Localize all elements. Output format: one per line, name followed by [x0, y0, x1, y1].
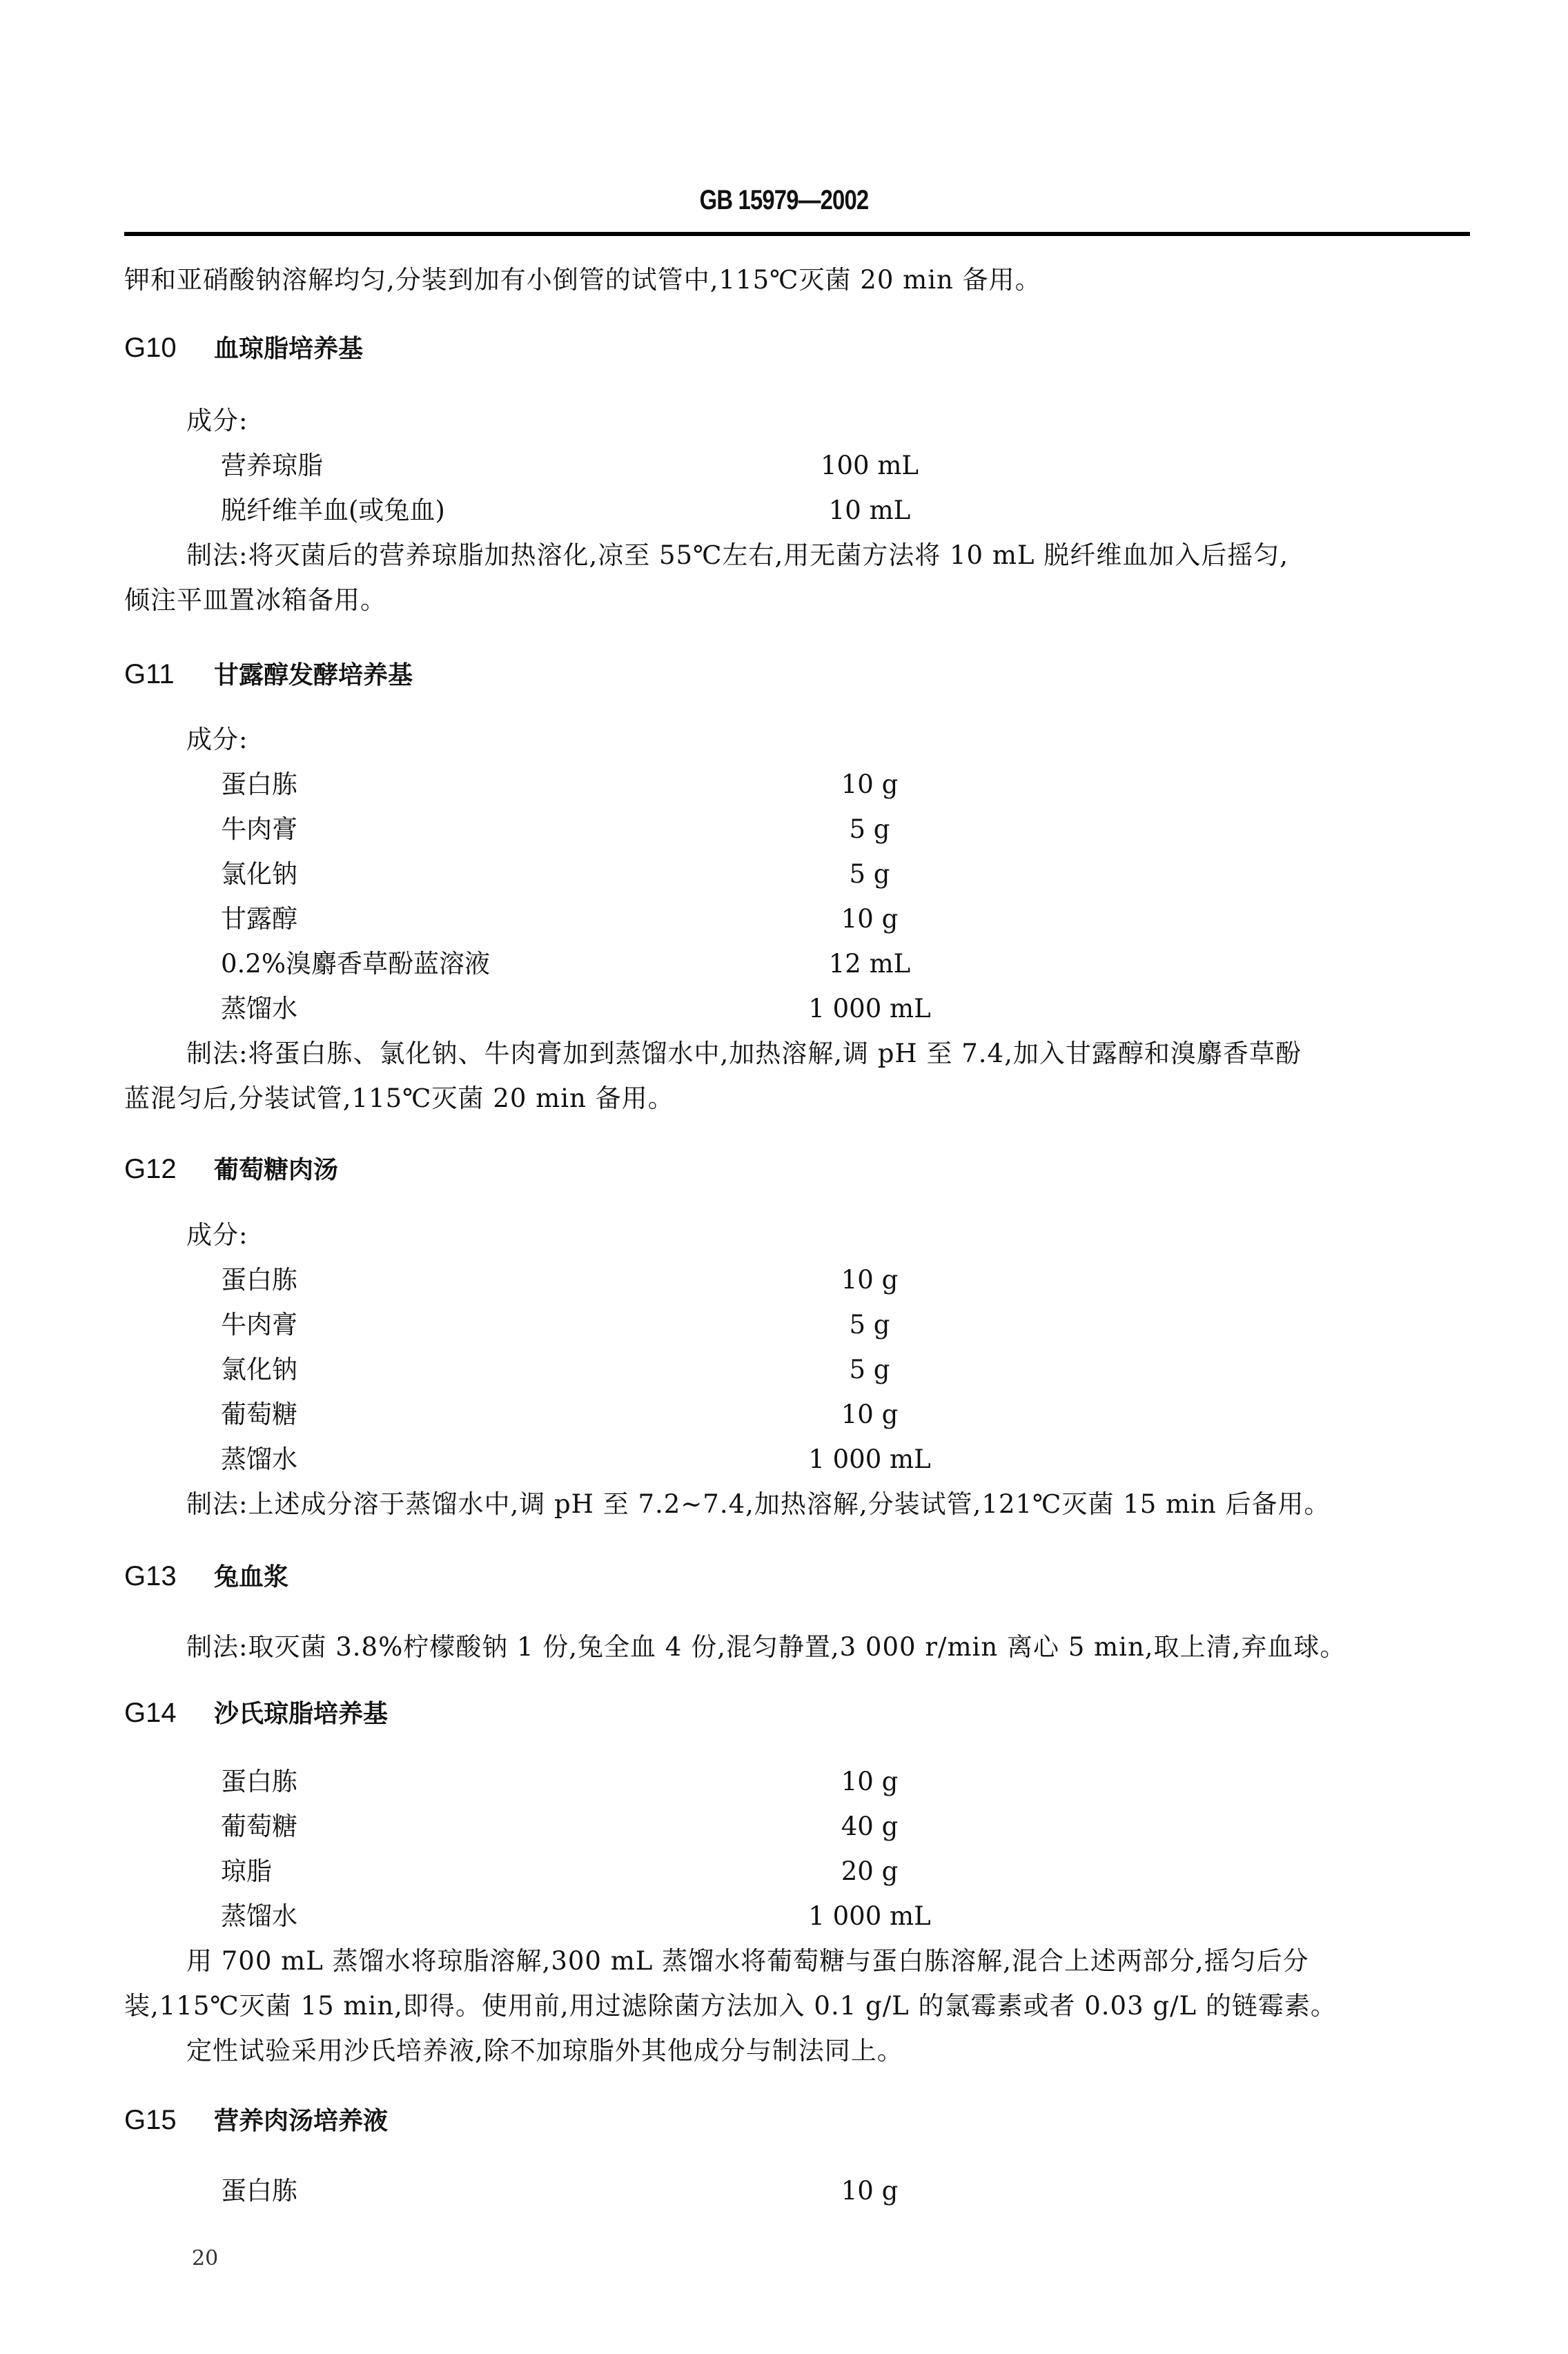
header-rule [124, 232, 1470, 236]
components-label: 成分: [186, 725, 1539, 755]
ingredient-qty: 1 000 mL [801, 994, 939, 1024]
ingredient-qty: 10 g [801, 1767, 939, 1797]
ingredient-qty: 10 g [801, 1265, 939, 1295]
ingredient-qty: 12 mL [801, 949, 939, 979]
ingredient-name: 蛋白胨 [221, 1265, 297, 1295]
ingredient-qty: 5 g [801, 1310, 939, 1340]
standard-code-header: GB 15979—2002 [141, 185, 1427, 216]
method-paragraph: 制法:将蛋白胨、氯化钠、牛肉膏加到蒸馏水中,加热溶解,调 pH 至 7.4,加入… [186, 1039, 1539, 1069]
ingredient-name: 脱纤维羊血(或兔血) [221, 496, 445, 526]
method-paragraph: 蓝混匀后,分装试管,115℃灭菌 20 min 备用。 [124, 1083, 1477, 1114]
section-title: 营养肉汤培养液 [214, 2107, 388, 2135]
ingredient-name: 营养琼脂 [221, 451, 323, 481]
section-code: G11 [124, 659, 214, 689]
section-code: G10 [124, 333, 214, 363]
ingredient-qty: 5 g [801, 859, 939, 890]
section-heading-g13: G13兔血浆 [124, 1561, 288, 1593]
ingredient-name: 蒸馏水 [221, 994, 297, 1024]
method-paragraph: 用 700 mL 蒸馏水将琼脂溶解,300 mL 蒸馏水将葡萄糖与蛋白胨溶解,混… [186, 1946, 1539, 1977]
section-title: 兔血浆 [214, 1563, 288, 1591]
ingredient-name: 琼脂 [221, 1856, 272, 1887]
section-heading-g11: G11甘露醇发酵培养基 [124, 659, 413, 691]
ingredient-name: 蛋白胨 [221, 769, 297, 800]
ingredient-name: 葡萄糖 [221, 1812, 297, 1842]
ingredient-qty: 10 g [801, 904, 939, 934]
section-heading-g12: G12葡萄糖肉汤 [124, 1154, 338, 1186]
section-code: G13 [124, 1561, 214, 1591]
section-code: G12 [124, 1154, 214, 1184]
ingredient-name: 氯化钠 [221, 1355, 297, 1385]
ingredient-name: 葡萄糖 [221, 1400, 297, 1430]
section-title: 血琼脂培养基 [214, 335, 363, 363]
ingredient-qty: 10 g [801, 1400, 939, 1430]
section-title: 沙氏琼脂培养基 [214, 1700, 388, 1728]
ingredient-name: 蒸馏水 [221, 1901, 297, 1932]
ingredient-qty: 10 mL [801, 496, 939, 526]
ingredient-qty: 20 g [801, 1856, 939, 1887]
method-paragraph: 制法:上述成分溶于蒸馏水中,调 pH 至 7.2~7.4,加热溶解,分装试管,1… [186, 1489, 1539, 1520]
components-label: 成分: [186, 1220, 1539, 1250]
ingredient-qty: 100 mL [801, 451, 939, 481]
ingredient-name: 蛋白胨 [221, 2176, 297, 2206]
ingredient-qty: 10 g [801, 769, 939, 800]
components-label: 成分: [186, 406, 1539, 436]
section-code: G14 [124, 1698, 214, 1728]
method-paragraph: 定性试验采用沙氏培养液,除不加琼脂外其他成分与制法同上。 [186, 2036, 1539, 2066]
section-heading-g14: G14沙氏琼脂培养基 [124, 1698, 388, 1729]
method-paragraph: 制法:取灭菌 3.8%柠檬酸钠 1 份,兔全血 4 份,混匀静置,3 000 r… [186, 1632, 1539, 1662]
method-paragraph: 装,115℃灭菌 15 min,即得。使用前,用过滤除菌方法加入 0.1 g/L… [124, 1991, 1477, 2021]
ingredient-qty: 1 000 mL [801, 1901, 939, 1932]
ingredient-name: 牛肉膏 [221, 814, 297, 845]
section-title: 甘露醇发酵培养基 [214, 661, 413, 689]
ingredient-qty: 5 g [801, 814, 939, 845]
ingredient-name: 氯化钠 [221, 859, 297, 890]
method-paragraph: 倾注平皿置冰箱备用。 [124, 585, 1477, 616]
ingredient-name: 牛肉膏 [221, 1310, 297, 1340]
section-title: 葡萄糖肉汤 [214, 1156, 338, 1184]
page-number: 20 [192, 2246, 218, 2270]
method-paragraph: 制法:将灭菌后的营养琼脂加热溶化,凉至 55℃左右,用无菌方法将 10 mL 脱… [186, 540, 1539, 571]
ingredient-name: 甘露醇 [221, 904, 297, 934]
ingredient-qty: 5 g [801, 1355, 939, 1385]
ingredient-qty: 10 g [801, 2176, 939, 2206]
ingredient-qty: 40 g [801, 1812, 939, 1842]
ingredient-name: 蛋白胨 [221, 1767, 297, 1797]
ingredient-name: 蒸馏水 [221, 1444, 297, 1475]
ingredient-name: 0.2%溴麝香草酚蓝溶液 [221, 949, 490, 979]
continuation-paragraph: 钾和亚硝酸钠溶解均匀,分装到加有小倒管的试管中,115℃灭菌 20 min 备用… [124, 265, 1477, 295]
ingredient-qty: 1 000 mL [801, 1444, 939, 1475]
section-code: G15 [124, 2105, 214, 2135]
section-heading-g10: G10血琼脂培养基 [124, 333, 363, 364]
section-heading-g15: G15营养肉汤培养液 [124, 2105, 388, 2137]
